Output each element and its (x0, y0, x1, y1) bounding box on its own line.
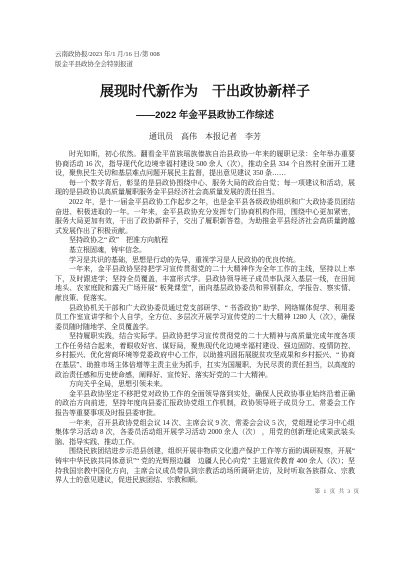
paragraph: 金平县政协坚定不移把党对政协工作的全面领导落到实处，确保人民政协事业始终沿着正确… (55, 390, 355, 419)
paragraph: 围绕民族团结进步示范县创建，组织开展非物质文化遗产保护工作等方面的调研视察，开展… (55, 447, 355, 485)
paragraph: 时光如斯，初心依然。翻看金平苗族瑶族傣族自治县政协一年来的履职记录：全年举办重要… (55, 150, 355, 179)
paragraph: 每一个数字背后，彰显的是县政协围绕中心、服务大局的政治自觉；每一项建议和活动，展… (55, 179, 355, 198)
page-footer: 第 1 页 共 3 页 (315, 487, 360, 495)
section-heading: 坚持政协之“ 政” 把准方向航程 (55, 236, 355, 246)
article-body: 时光如斯，初心依然。翻看金平苗族瑶族傣族自治县政协一年来的履职记录：全年举办重要… (55, 150, 355, 486)
publication-info-line1: 云南政协报/2023 年/1 月/16 日/第 008 (55, 50, 355, 60)
page-number: 第 1 页 共 3 页 (315, 489, 360, 495)
lead-in-line: 学习是共识的基础，思想是行动的先导，重视学习是人民政协的优良传统。 (55, 256, 355, 266)
byline: 通讯员 高伟 本报记者 李芳 (55, 131, 355, 143)
article-title: 展现时代新作为 干出政协新样子 (55, 83, 355, 100)
lead-in-line: 基立根固魂，铸牢信念。 (55, 246, 355, 256)
paragraph: 县政协机关干部和广大政协委员通过党支部研学、“ 书香政协” 助学、网络媒体促学、… (55, 304, 355, 333)
document-header: 云南政协报/2023 年/1 月/16 日/第 008 版金平县政协全会特别报道 (55, 50, 355, 70)
paragraph: 2022 年，是十一届金平县政协工作起步之年，也是金平县各级政协组织和广大政协委… (55, 198, 355, 236)
paragraph: 一年来，金平县政协坚持把学习宣传贯彻党的二十大精神作为全年工作的主线，坚持以上率… (55, 265, 355, 303)
paragraph: 一年来，召开县政协党组会议 14 次、主席会议 9 次、常委会会议 5 次，党组… (55, 419, 355, 448)
publication-info-line2: 版金平县政协全会特别报道 (55, 60, 355, 70)
lead-in-line: 方向关乎全局，思想引领未来。 (55, 380, 355, 390)
page-container: 云南政协报/2023 年/1 月/16 日/第 008 版金平县政协全会特别报道… (0, 0, 410, 580)
article-subtitle: ——2022 年金平县政协工作综述 (55, 109, 355, 122)
paragraph: 坚持履职实践，结合实际学。县政协把学习宣传贯彻党的二十大精神与高质量完成年度各项… (55, 332, 355, 380)
